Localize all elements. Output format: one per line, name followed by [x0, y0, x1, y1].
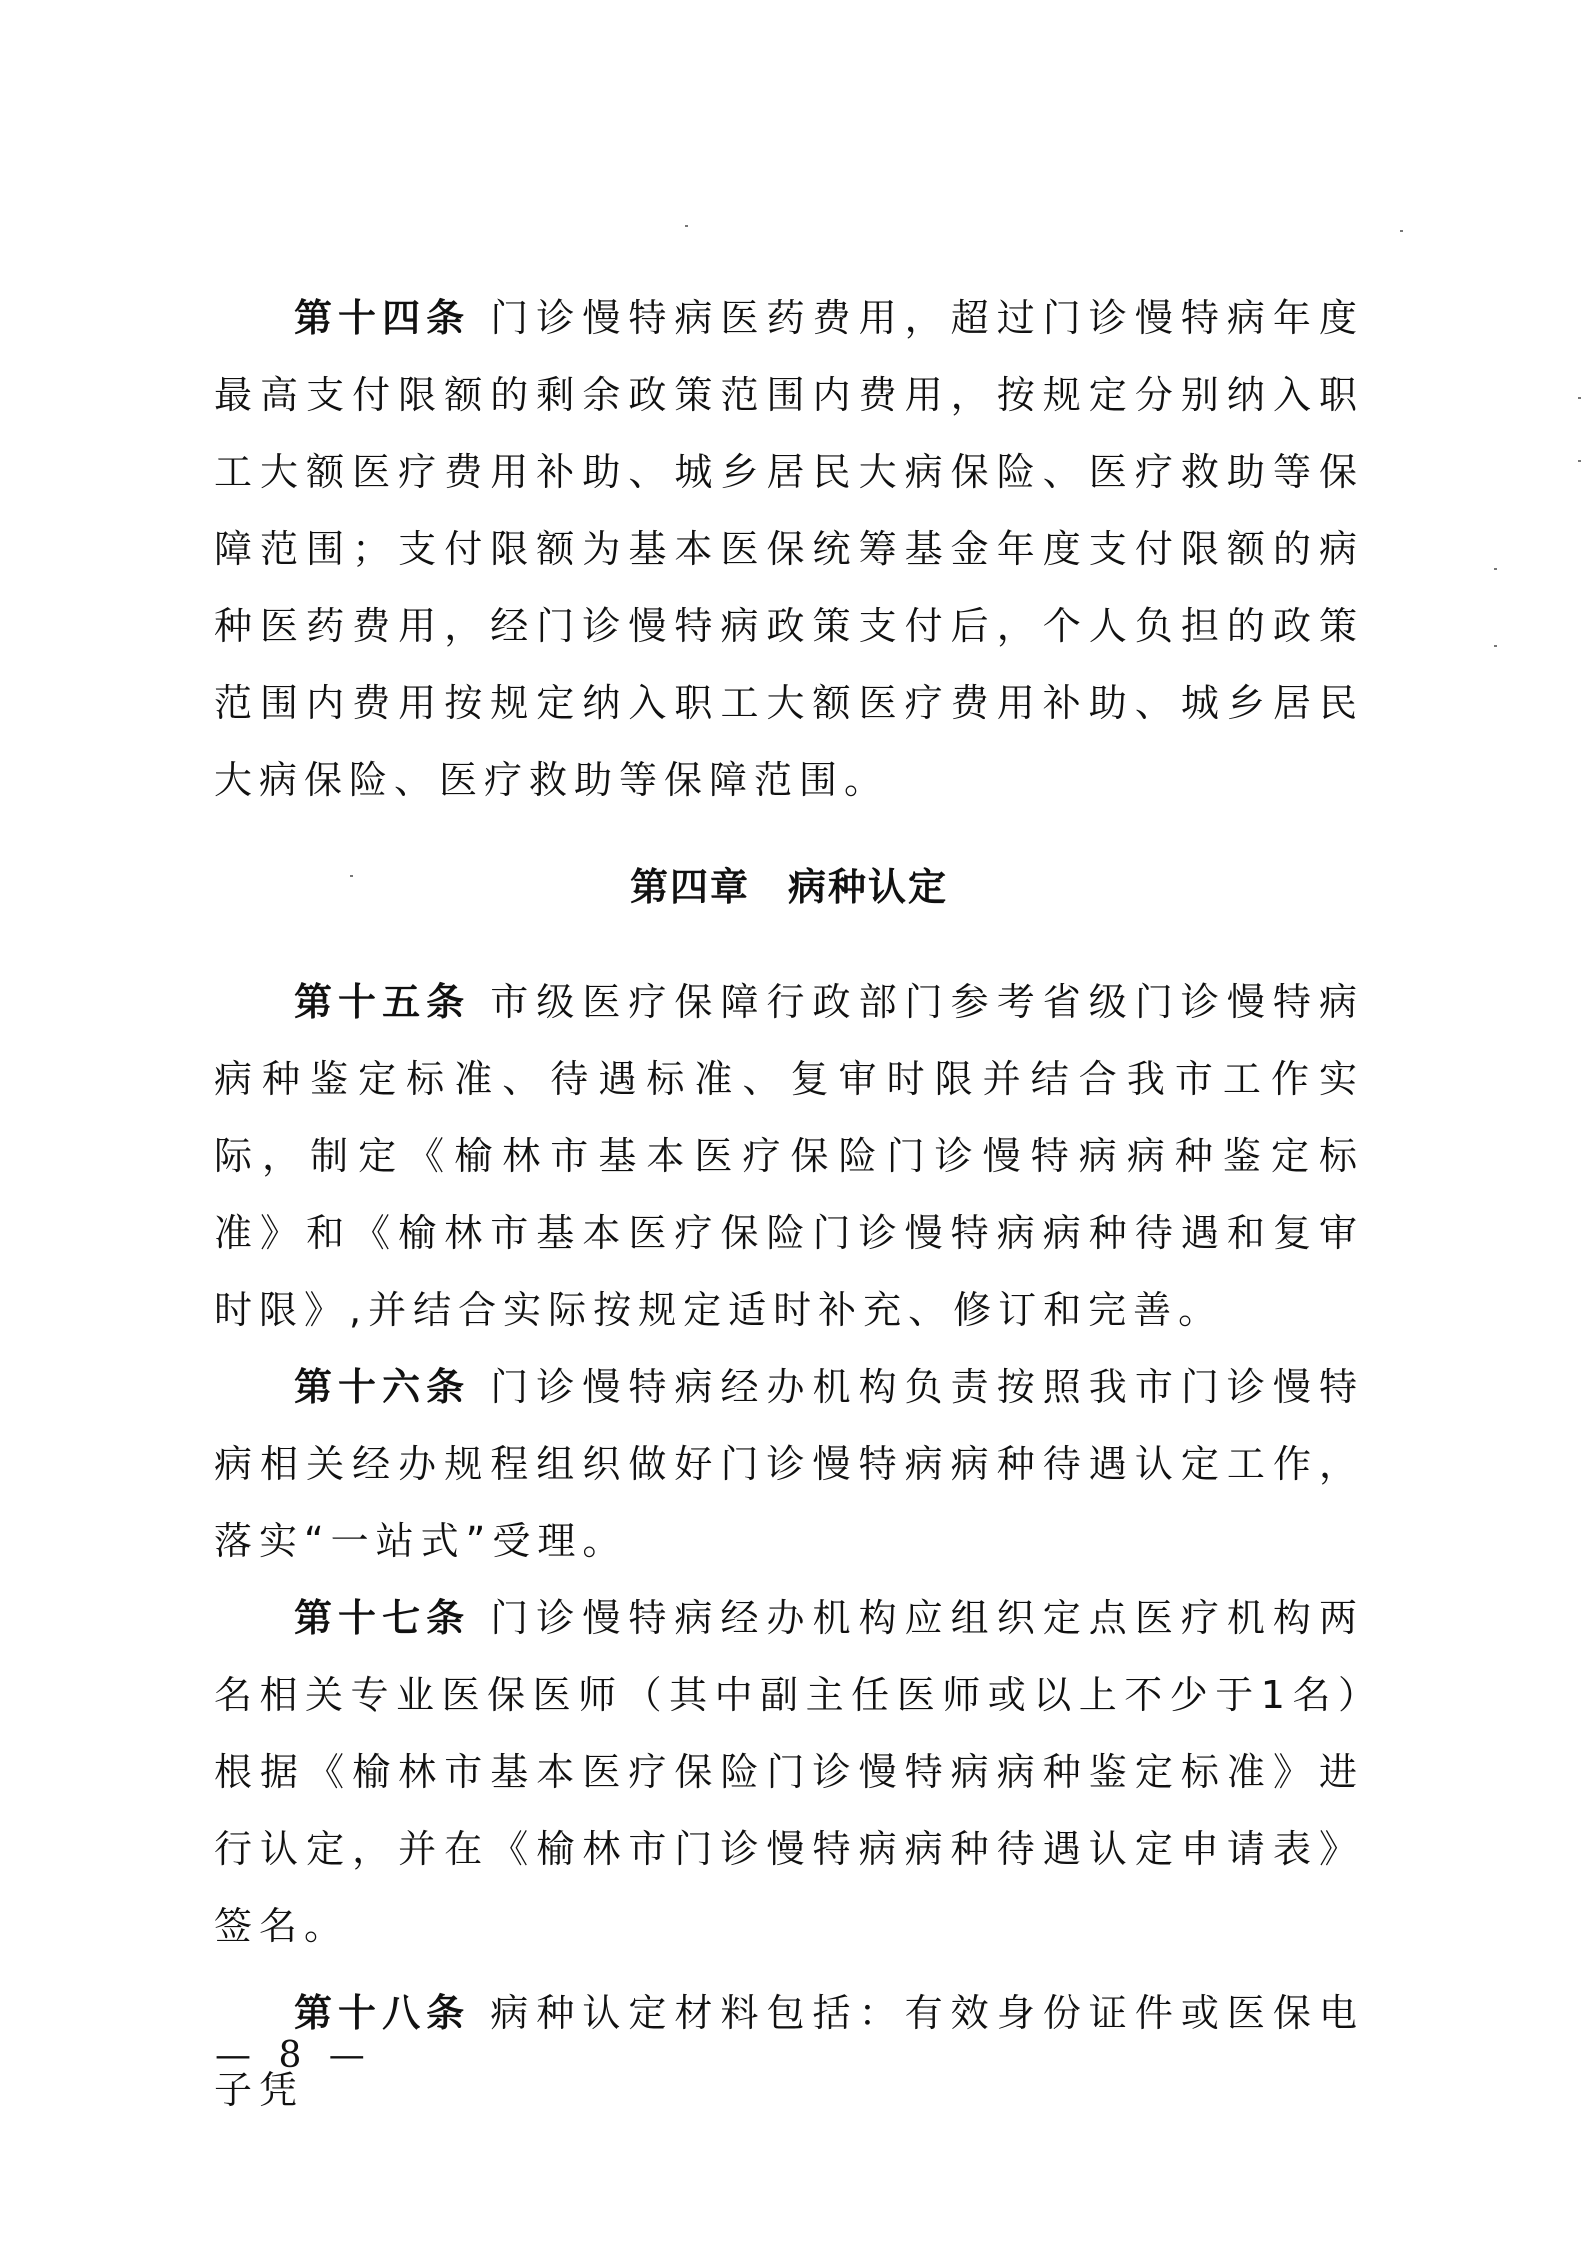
document-page: 第十四条 门诊慢特病医药费用，超过门诊慢特病年度最高支付限额的剩余政策范围内费用…	[0, 0, 1586, 2245]
article-17-heading: 第十七条	[294, 1596, 470, 1640]
article-15-text: 市级医疗保障行政部门参考省级门诊慢特病病种鉴定标准、待遇标准、复审时限并结合我市…	[214, 980, 1364, 1332]
article-18-heading: 第十八条	[294, 1991, 470, 2035]
scan-speck	[1400, 230, 1403, 232]
scan-speck	[685, 225, 688, 227]
article-15-paragraph: 第十五条 市级医疗保障行政部门参考省级门诊慢特病病种鉴定标准、待遇标准、复审时限…	[214, 964, 1364, 1349]
chapter-heading: 第四章病种认定	[214, 849, 1364, 926]
page-number: — 8 —	[215, 2035, 373, 2076]
chapter-title: 病种认定	[788, 865, 948, 909]
scan-speck	[1494, 645, 1497, 647]
page-content: 第十四条 门诊慢特病医药费用，超过门诊慢特病年度最高支付限额的剩余政策范围内费用…	[214, 280, 1364, 2129]
scan-speck	[1578, 460, 1581, 462]
article-14-paragraph: 第十四条 门诊慢特病医药费用，超过门诊慢特病年度最高支付限额的剩余政策范围内费用…	[214, 280, 1364, 819]
chapter-number: 第四章	[630, 865, 750, 909]
article-14-text: 门诊慢特病医药费用，超过门诊慢特病年度最高支付限额的剩余政策范围内费用，按规定分…	[214, 296, 1364, 802]
article-17-paragraph: 第十七条 门诊慢特病经办机构应组织定点医疗机构两名相关专业医保医师（其中副主任医…	[214, 1580, 1364, 1965]
scan-speck	[350, 875, 353, 877]
article-16-heading: 第十六条	[294, 1365, 470, 1409]
article-14-heading: 第十四条	[294, 296, 470, 340]
scan-speck	[1494, 568, 1497, 570]
scan-speck	[663, 875, 666, 877]
article-17-text: 门诊慢特病经办机构应组织定点医疗机构两名相关专业医保医师（其中副主任医师或以上不…	[214, 1596, 1364, 1948]
article-16-paragraph: 第十六条 门诊慢特病经办机构负责按照我市门诊慢特病相关经办规程组织做好门诊慢特病…	[214, 1349, 1364, 1580]
article-18-paragraph: 第十八条 病种认定材料包括：有效身份证件或医保电子凭	[214, 1975, 1364, 2129]
scan-speck	[1578, 397, 1581, 399]
article-15-heading: 第十五条	[294, 980, 470, 1024]
